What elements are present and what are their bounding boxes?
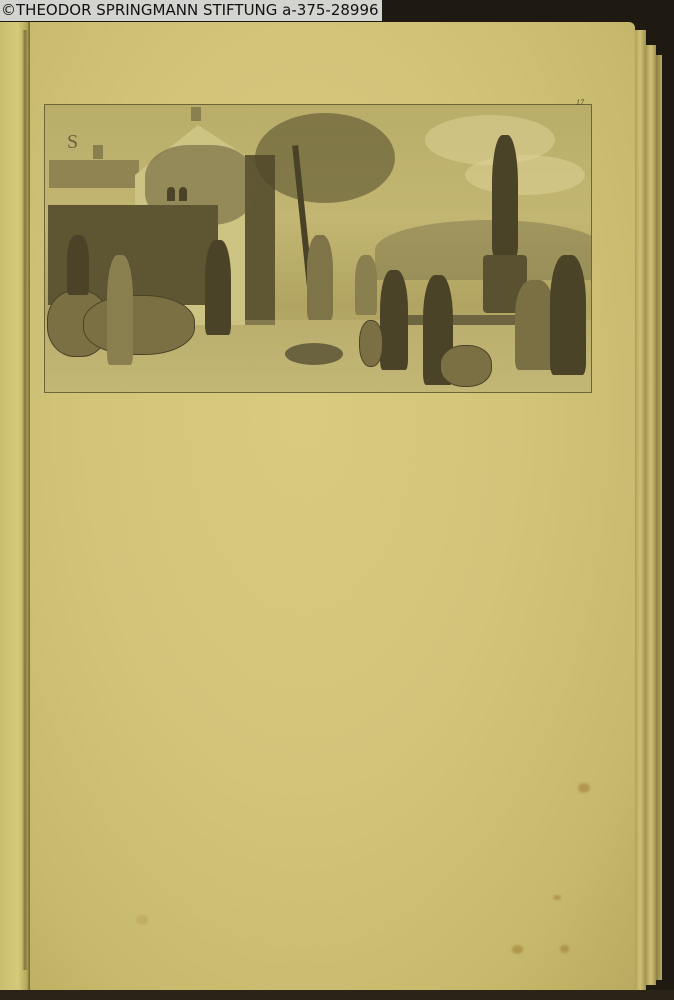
chimney: [191, 107, 201, 121]
plate-letter: S: [67, 131, 78, 154]
chimney: [93, 145, 103, 159]
book-cover-edge: [656, 55, 662, 980]
woman-reveller-figure: [515, 280, 555, 370]
window: [179, 187, 187, 201]
foxing-stain: [512, 945, 523, 954]
foxing-stain: [578, 783, 590, 793]
page-stack-edge: [634, 30, 646, 990]
distant-figure: [355, 255, 377, 315]
porter-figure: [205, 240, 231, 335]
plate-number: 17: [576, 98, 584, 107]
foxing-stain: [136, 915, 148, 925]
porter-figure: [307, 235, 333, 320]
foxing-stain: [560, 945, 569, 953]
barrel: [440, 345, 492, 387]
barrel: [359, 320, 383, 367]
reveller-group: [550, 255, 586, 375]
engraved-illustration: S: [44, 104, 592, 393]
reveller-figure: [380, 270, 408, 370]
tree-crown: [255, 113, 395, 203]
copyright-watermark: ©THEODOR SPRINGMANN STIFTUNG a-375-28996: [0, 0, 382, 21]
bottom-shadow: [0, 990, 674, 1000]
standing-figure-on-pedestal: [492, 135, 518, 257]
far-roof: [49, 160, 139, 188]
foxing-stain: [553, 895, 561, 900]
barrel: [83, 295, 195, 355]
worker-figure: [107, 255, 133, 365]
dog: [285, 343, 343, 365]
book-photo: S 17 ©THEODOR SPRINGMANN STIFTUNG a-375-…: [0, 0, 674, 1000]
window: [167, 187, 175, 201]
book-gutter: [22, 30, 28, 970]
page-stack-edge: [646, 45, 656, 985]
cloud: [465, 155, 585, 195]
porter-figure: [67, 235, 89, 295]
